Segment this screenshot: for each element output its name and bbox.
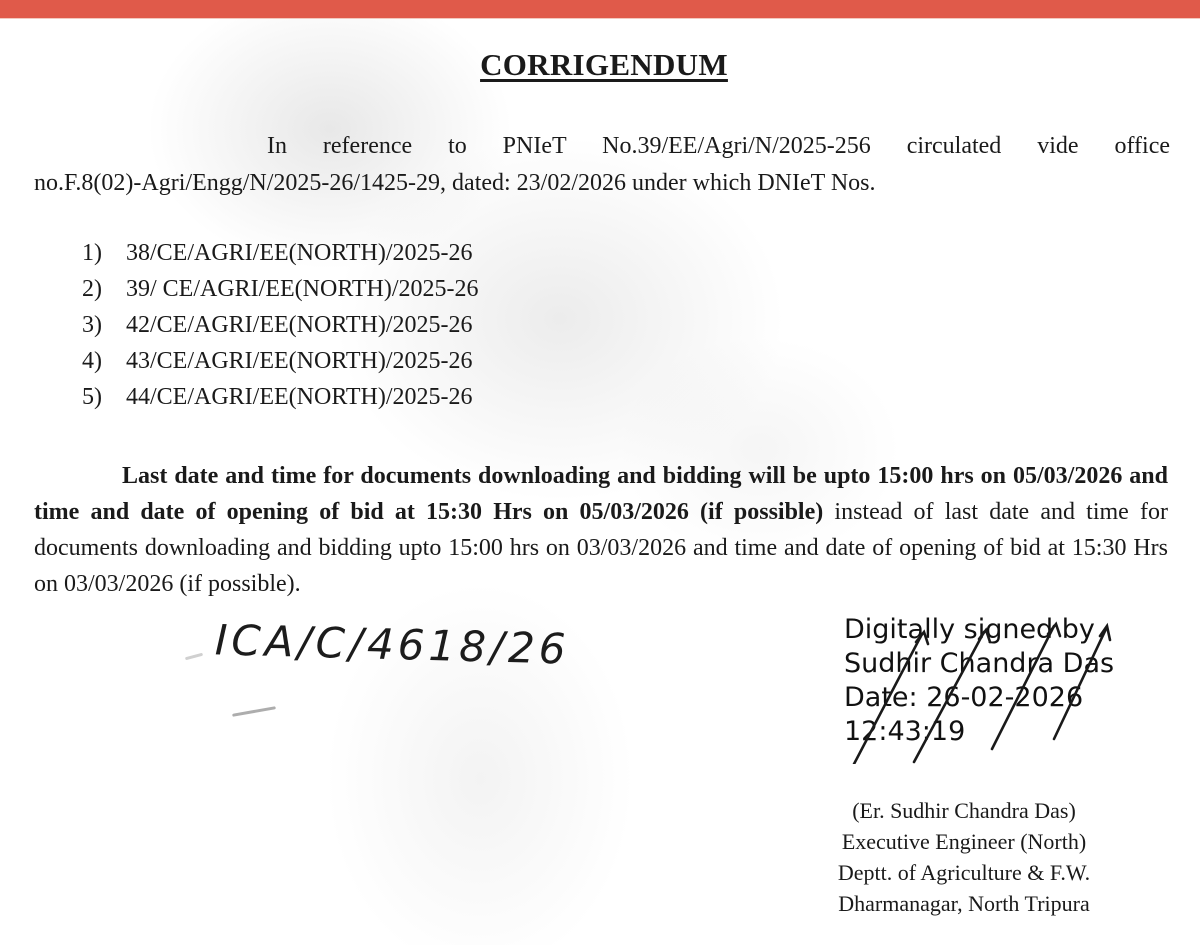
list-item: 2)39/ CE/AGRI/EE(NORTH)/2025-26 xyxy=(82,271,479,307)
dniet-ref: 42/CE/AGRI/EE(NORTH)/2025-26 xyxy=(126,307,473,343)
signature-line-3: Date: 26-02-2026 xyxy=(844,681,1114,715)
signatory-department: Deptt. of Agriculture & F.W. xyxy=(808,857,1120,888)
revision-paragraph: Last date and time for documents downloa… xyxy=(34,458,1168,602)
dniet-ref: 44/CE/AGRI/EE(NORTH)/2025-26 xyxy=(126,379,473,415)
ink-smudge xyxy=(232,706,276,717)
reference-line-2: no.F.8(02)-Agri/Engg/N/2025-26/1425-29, … xyxy=(34,165,1170,202)
dniet-ref: 39/ CE/AGRI/EE(NORTH)/2025-26 xyxy=(126,271,479,307)
list-number: 5) xyxy=(82,379,126,415)
list-item: 4)43/CE/AGRI/EE(NORTH)/2025-26 xyxy=(82,343,479,379)
reference-line-1: In reference to PNIeT No.39/EE/Agri/N/20… xyxy=(34,128,1170,165)
top-color-bar xyxy=(0,0,1200,19)
list-item: 5)44/CE/AGRI/EE(NORTH)/2025-26 xyxy=(82,379,479,415)
list-number: 4) xyxy=(82,343,126,379)
signatory-location: Dharmanagar, North Tripura xyxy=(808,888,1120,919)
signatory-block: (Er. Sudhir Chandra Das) Executive Engin… xyxy=(808,795,1120,919)
list-number: 3) xyxy=(82,307,126,343)
list-item: 1)38/CE/AGRI/EE(NORTH)/2025-26 xyxy=(82,235,479,271)
dniet-list: 1)38/CE/AGRI/EE(NORTH)/2025-26 2)39/ CE/… xyxy=(82,235,479,415)
ink-smudge xyxy=(185,653,203,661)
signature-line-2: Sudhir Chandra Das xyxy=(844,647,1114,681)
handwritten-reference: ICA/C/4618/26 xyxy=(214,615,570,673)
dniet-ref: 43/CE/AGRI/EE(NORTH)/2025-26 xyxy=(126,343,473,379)
signature-line-1: Digitally signed by xyxy=(844,613,1114,647)
signatory-designation: Executive Engineer (North) xyxy=(808,826,1120,857)
list-number: 2) xyxy=(82,271,126,307)
dniet-ref: 38/CE/AGRI/EE(NORTH)/2025-26 xyxy=(126,235,473,271)
digital-signature-block: Digitally signed by Sudhir Chandra Das D… xyxy=(844,613,1114,749)
list-number: 1) xyxy=(82,235,126,271)
list-item: 3)42/CE/AGRI/EE(NORTH)/2025-26 xyxy=(82,307,479,343)
signature-line-4: 12:43:19 xyxy=(844,715,1114,749)
signatory-name: (Er. Sudhir Chandra Das) xyxy=(808,795,1120,826)
document-title: CORRIGENDUM xyxy=(0,47,1200,83)
reference-paragraph: In reference to PNIeT No.39/EE/Agri/N/20… xyxy=(34,128,1170,202)
title-text: CORRIGENDUM xyxy=(480,47,728,82)
